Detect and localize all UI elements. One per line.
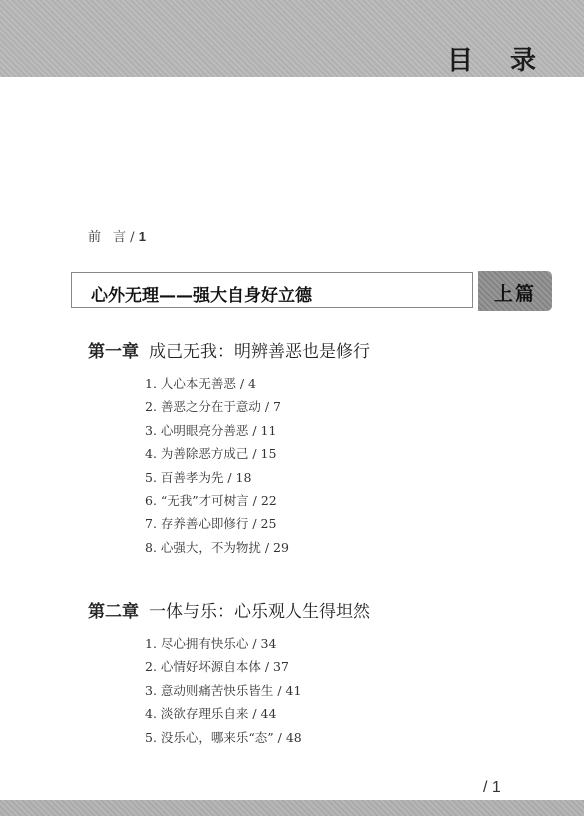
toc-item[interactable]: 3. 心明眼亮分善恶 / 11 [145, 419, 289, 442]
chapter-items: 1. 人心本无善恶 / 4 2. 善恶之分在于意动 / 7 3. 心明眼亮分善恶… [145, 372, 289, 559]
preface-label-2: 言 [113, 230, 126, 245]
toc-item[interactable]: 5. 百善孝为先 / 18 [145, 466, 289, 489]
toc-item[interactable]: 7. 存养善心即修行 / 25 [145, 512, 289, 535]
toc-item[interactable]: 4. 淡欲存理乐自来 / 44 [145, 702, 302, 725]
toc-item[interactable]: 5. 没乐心，哪来乐“态” / 48 [145, 726, 302, 749]
toc-entry-preface[interactable]: 前言 / 1 [88, 226, 146, 245]
toc-item[interactable]: 1. 人心本无善恶 / 4 [145, 372, 289, 395]
part-tab: 上篇 [478, 271, 552, 311]
chapter-title: 成己无我：明辨善恶也是修行 [149, 342, 370, 362]
preface-label: 前 [88, 230, 101, 245]
preface-page: 1 [139, 229, 146, 244]
chapter-heading[interactable]: 第一章成己无我：明辨善恶也是修行 [88, 337, 370, 362]
toc-item[interactable]: 6. “无我”才可树言 / 22 [145, 489, 289, 512]
part-tab-label: 上篇 [494, 279, 536, 306]
preface-sep: / [126, 230, 139, 245]
chapter-heading[interactable]: 第二章一体与乐：心乐观人生得坦然 [88, 597, 370, 622]
toc-item[interactable]: 3. 意动则痛苦快乐皆生 / 41 [145, 679, 302, 702]
toc-item[interactable]: 4. 为善除恶方成己 / 15 [145, 442, 289, 465]
page-title: 目 录 [447, 40, 550, 77]
toc-item[interactable]: 2. 心情好坏源自本体 / 37 [145, 655, 302, 678]
chapter-label: 第一章 [88, 342, 139, 362]
toc-item[interactable]: 1. 尽心拥有快乐心 / 34 [145, 632, 302, 655]
chapter-label: 第二章 [88, 602, 139, 622]
chapter-items: 1. 尽心拥有快乐心 / 34 2. 心情好坏源自本体 / 37 3. 意动则痛… [145, 632, 302, 749]
chapter-title: 一体与乐：心乐观人生得坦然 [149, 602, 370, 622]
header-band: 目 录 [0, 0, 584, 77]
part-title: 心外无理——强大自身好立德 [91, 281, 312, 306]
part-heading-box: 心外无理——强大自身好立德 [71, 272, 473, 308]
toc-item[interactable]: 8. 心强大，不为物扰 / 29 [145, 536, 289, 559]
footer-band [0, 800, 584, 816]
toc-item[interactable]: 2. 善恶之分在于意动 / 7 [145, 395, 289, 418]
page-number: / 1 [483, 779, 501, 797]
